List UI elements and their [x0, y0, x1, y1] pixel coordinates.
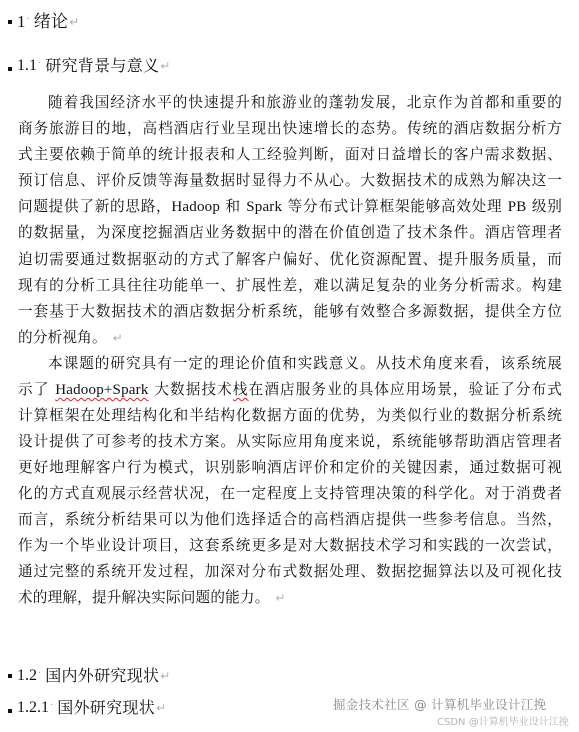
heading-title: 国外研究现状 — [57, 695, 155, 721]
text-line: 的数据量，为深度挖掘酒店业务数据中的潜在价值创造了技术条件。酒店管理者 — [18, 220, 562, 246]
text-run: 问题提供了新的思路， — [18, 198, 171, 215]
heading-bullet-icon — [8, 67, 12, 71]
space-mark: · — [38, 51, 41, 77]
text-line: 而言，系统分析结果可以为他们选择适合的高档酒店提供一些参考信息。当然， — [18, 507, 562, 533]
text-run: 级别 — [526, 198, 562, 215]
text-run: 术的理解，提升解决实际问题的能力。 — [18, 589, 270, 606]
heading-bullet-icon — [8, 709, 12, 713]
paragraph-mark-icon: ↵ — [160, 663, 170, 689]
text-run: 在酒店服务业的具体应用场景，验证了分布式 — [249, 381, 562, 398]
paragraph-mark-icon: ↵ — [275, 591, 285, 605]
text-run: 等分布式计算框架能够高效处理 — [282, 198, 508, 215]
text-line: 预订信息、评价反馈等海量数据时显得力不从心。大数据技术的成熟为解决这一 — [18, 168, 562, 194]
text-line: 商务旅游目的地，高档酒店行业呈现出快速增长的态势。传统的酒店数据分析方 — [18, 116, 562, 142]
term-hadoop: Hadoop — [171, 199, 220, 215]
paragraph-mark-icon: ↵ — [156, 695, 166, 721]
heading-1-2[interactable]: 1.2 · 国内外研究现状 ↵ — [8, 663, 170, 689]
heading-1[interactable]: 1 · 绪论 ↵ — [8, 9, 79, 35]
heading-number: 1.1 — [17, 53, 37, 79]
text-line: 迫切需要通过数据驱动的方式了解客户偏好、优化资源配置、提升服务质量，而 — [18, 247, 562, 273]
paragraph-mark-icon: ↵ — [113, 331, 123, 345]
space-mark: · — [27, 7, 30, 33]
heading-title: 研究背景与意义 — [45, 53, 159, 79]
text-line: 更好地理解客户行为模式，识别影响酒店评价和定价的关键因素，通过数据可视 — [18, 455, 562, 481]
text-line: 随着我国经济水平的快速提升和旅游业的蓬勃发展，北京作为首都和重要的 — [48, 90, 562, 116]
text-line: 设计提供了可参考的技术方案。从实际应用角度来说，系统能够帮助酒店管理者 — [18, 429, 562, 455]
text-line: 一套基于大数据技术的酒店数据分析系统，能够有效整合多源数据，提供全方位 — [18, 299, 562, 325]
watermark-juejin: 掘金技术社区 @ 计算机毕业设计江挽 — [333, 695, 546, 713]
heading-number: 1.2.1 — [17, 695, 49, 721]
document-page: 1 · 绪论 ↵ 1.1 · 研究背景与意义 ↵ 随着我国经济水平的快速提升和旅… — [0, 0, 579, 732]
heading-title: 绪论 — [34, 9, 69, 35]
text-line: 的分析视角。 ↵ — [18, 325, 123, 351]
text-line: 术的理解，提升解决实际问题的能力。 ↵ — [18, 585, 286, 611]
text-line: 通过完整的系统开发过程，加深对分布式数据处理、数据挖掘算法以及可视化技 — [18, 559, 562, 585]
text-line: 作为一个毕业设计项目，这套系统更多是对大数据技术学习和实践的一次尝试， — [18, 533, 562, 559]
text-run: 大数据技术 — [149, 381, 233, 398]
heading-number: 1.2 — [17, 663, 37, 689]
paragraph-mark-icon: ↵ — [160, 53, 170, 79]
text-run: 和 — [220, 198, 246, 215]
text-line: 本课题的研究具有一定的理论价值和实践意义。从技术角度来看，该系统展 — [48, 351, 562, 377]
watermark-csdn: CSDN @计算机毕业设计江挽 — [437, 713, 569, 728]
text-line: 化的方式直观展示经营状况，在一定程度上支持管理决策的科学化。对于消费者 — [18, 481, 562, 507]
text-line: 问题提供了新的思路，Hadoop 和 Spark 等分布式计算框架能够高效处理 … — [18, 194, 562, 220]
heading-bullet-icon — [8, 674, 12, 678]
spellcheck-flagged-char[interactable]: 栈 — [233, 381, 249, 398]
spellcheck-flagged-term[interactable]: Hadoop+Spark — [55, 382, 148, 398]
space-mark: · — [38, 661, 41, 687]
heading-number: 1 — [17, 9, 26, 35]
term-pb: PB — [508, 199, 527, 215]
text-run: 的分析视角。 — [18, 329, 107, 346]
term-spark: Spark — [246, 199, 282, 215]
space-mark: · — [50, 693, 53, 719]
heading-bullet-icon — [8, 20, 12, 24]
text-line: 示了 Hadoop+Spark 大数据技术栈在酒店服务业的具体应用场景，验证了分… — [18, 377, 562, 403]
text-run: 示了 — [18, 381, 55, 398]
heading-1-1[interactable]: 1.1 · 研究背景与意义 ↵ — [8, 53, 170, 79]
heading-title: 国内外研究现状 — [45, 663, 159, 689]
paragraph-mark-icon: ↵ — [69, 9, 79, 35]
text-line: 计算框架在处理结构化和半结构化数据方面的优势，为类似行业的数据分析系统 — [18, 403, 562, 429]
heading-1-2-1[interactable]: 1.2.1 · 国外研究现状 ↵ — [8, 695, 166, 721]
text-line: 式主要依赖于简单的统计报表和人工经验判断，面对日益增长的客户需求数据、 — [18, 142, 562, 168]
text-line: 现有的分析工具往往功能单一、扩展性差，难以满足复杂的业务分析需求。构建 — [18, 273, 562, 299]
